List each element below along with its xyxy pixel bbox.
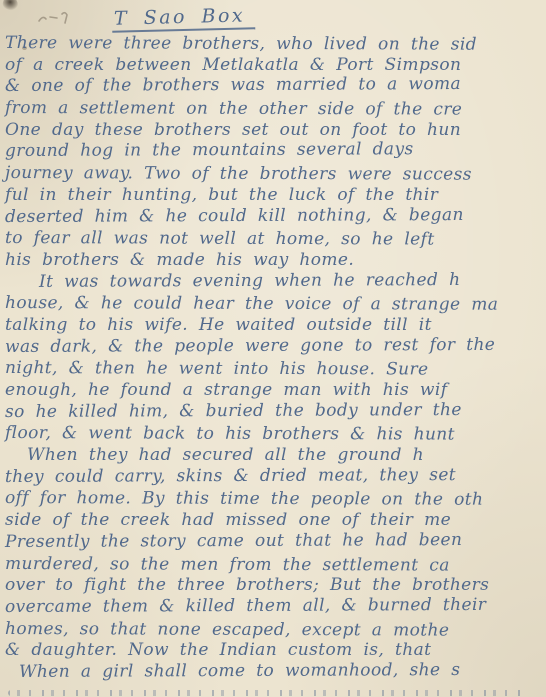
manuscript-line: over to fight the three brothers; But th… bbox=[5, 575, 546, 597]
page-title: T Sao Box bbox=[112, 4, 256, 32]
manuscript-line: & daughter. Now the Indian custom is, th… bbox=[5, 640, 546, 662]
manuscript-line: off for home. By this time the people on… bbox=[5, 488, 546, 512]
manuscript-page: T Sao Box There were three brothers, who… bbox=[0, 0, 546, 697]
clipped-bottom-line bbox=[8, 690, 524, 696]
manuscript-line: so he killed him, & buried the body unde… bbox=[5, 399, 546, 423]
manuscript-line: they could carry, skins & dried meat, th… bbox=[5, 464, 546, 488]
manuscript-line: house, & he could hear the voice of a st… bbox=[5, 293, 546, 317]
manuscript-line: was dark, & the people were gone to rest… bbox=[5, 334, 546, 358]
manuscript-line: & one of the brothers was married to a w… bbox=[5, 74, 546, 98]
manuscript-line: Presently the story came out that he had… bbox=[5, 529, 546, 553]
manuscript-line: talking to his wife. He waited outside t… bbox=[5, 315, 546, 337]
manuscript-line: journey away. Two of the brothers were s… bbox=[5, 163, 546, 187]
manuscript-line: ground hog in the mountains several days bbox=[5, 139, 546, 163]
manuscript-line: to fear all was not well at home, so he … bbox=[5, 228, 546, 252]
manuscript-line: deserted him & he could kill nothing, & … bbox=[5, 204, 546, 228]
pencil-scribble bbox=[36, 8, 82, 32]
manuscript-line: overcame them & killed them all, & burne… bbox=[5, 594, 546, 618]
corner-stain bbox=[1, 0, 19, 12]
manuscript-line: side of the creek had missed one of thei… bbox=[5, 510, 546, 532]
manuscript-line: from a settlement on the other side of t… bbox=[5, 98, 546, 122]
manuscript-line: When a girl shall come to womanhood, she… bbox=[5, 659, 546, 683]
manuscript-line: There were three brothers, who lived on … bbox=[5, 33, 546, 57]
manuscript-line: his brothers & made his way home. bbox=[5, 250, 546, 272]
manuscript-body: There were three brothers, who lived on … bbox=[5, 33, 546, 684]
manuscript-line: murdered, so the men from the settlement… bbox=[5, 554, 546, 578]
manuscript-line: It was towards evening when he reached h bbox=[5, 269, 546, 293]
manuscript-line: night, & then he went into his house. Su… bbox=[5, 358, 546, 382]
manuscript-line: enough, he found a strange man with his … bbox=[5, 380, 546, 402]
manuscript-line: floor, & went back to his brothers & his… bbox=[5, 423, 546, 447]
manuscript-line: When they had secured all the ground h bbox=[5, 445, 546, 467]
manuscript-line: ful in their hunting, but the luck of th… bbox=[5, 185, 546, 207]
manuscript-line: homes, so that none escaped, except a mo… bbox=[5, 619, 546, 643]
